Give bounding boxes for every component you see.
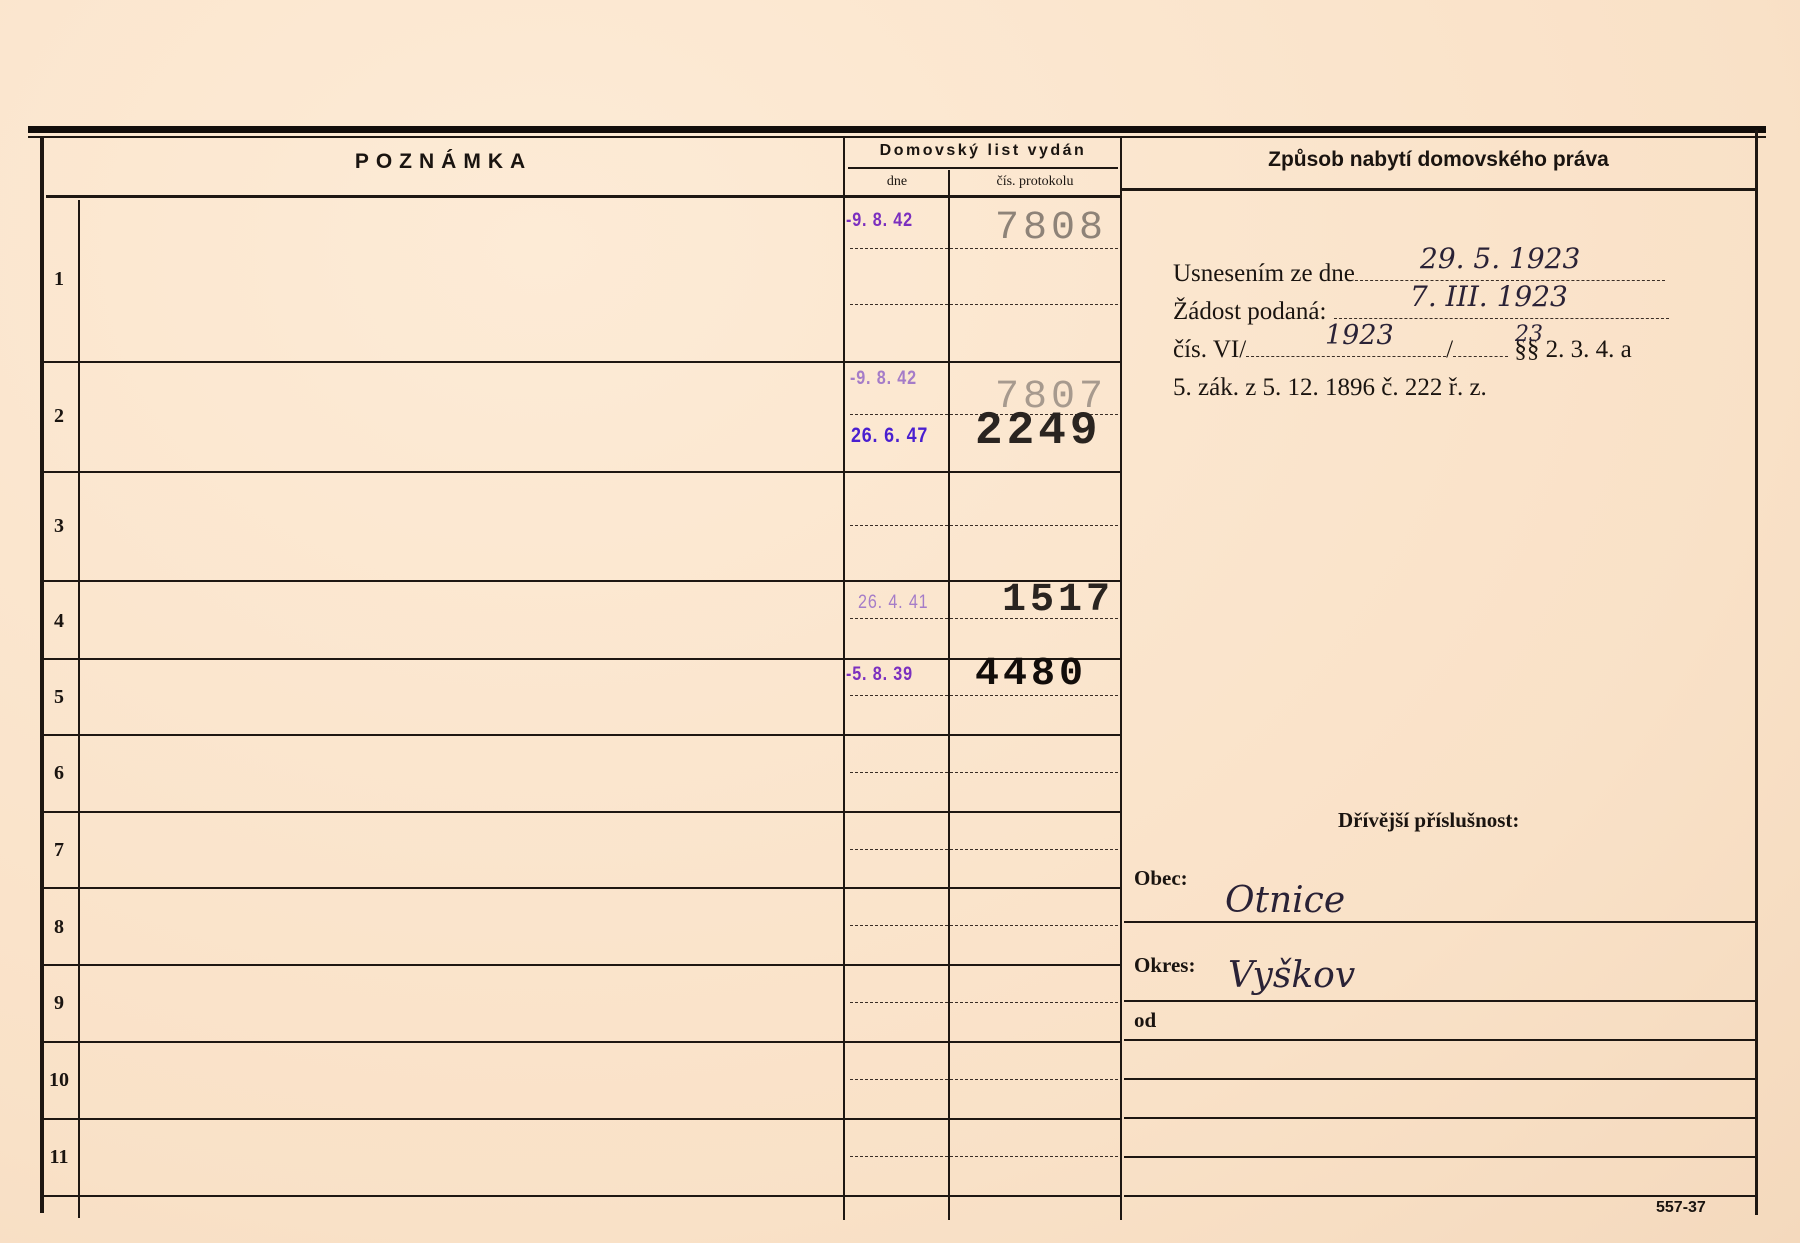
row-divider [44, 361, 1120, 363]
blank-rule [1124, 1195, 1755, 1197]
header-bottom-rule [46, 195, 1120, 198]
row-number: 11 [44, 1146, 74, 1169]
poznamka-divider [843, 138, 845, 1220]
protocol-divider [1120, 138, 1122, 1220]
issue-date-stamp: 26. 6. 47 [851, 424, 928, 448]
dashed-rule [850, 925, 1118, 926]
row-divider [44, 964, 1120, 966]
top-rule [28, 126, 1766, 133]
okres-field[interactable]: Vyškov [1228, 955, 1355, 996]
dashed-rule [850, 1156, 1118, 1157]
row-number: 5 [44, 686, 74, 709]
usnesenim-label: Usnesením ze dne [1173, 260, 1355, 287]
protocol-number-stamp: 7808 [995, 206, 1107, 251]
cis-label: čís. VI/ [1173, 336, 1246, 363]
protocol-header: čís. protokolu [950, 174, 1120, 190]
number-column-divider [78, 200, 80, 1218]
row-number: 9 [44, 992, 74, 1015]
row-number: 2 [44, 405, 74, 428]
issue-date-stamp: -9. 8. 42 [850, 368, 917, 390]
cis-number-field[interactable]: 1923 [1325, 320, 1394, 351]
dne-header: dne [846, 174, 948, 190]
protocol-number-stamp: 2249 [975, 405, 1101, 457]
protocol-number-stamp: 1517 [1002, 578, 1114, 623]
cis-suffix-field[interactable]: 23 [1515, 322, 1543, 347]
obec-rule [1124, 921, 1755, 923]
row-divider [44, 471, 1120, 473]
row-number: 3 [44, 515, 74, 538]
row-divider [44, 580, 1120, 582]
zadost-label: Žádost podaná: [1173, 298, 1326, 325]
previous-affiliation-title: Dřívější příslušnost: [1338, 808, 1519, 833]
row-divider [44, 1118, 1120, 1120]
row-divider [44, 658, 1120, 660]
right-border [1755, 130, 1758, 1215]
subheader-rule [848, 167, 1118, 169]
row-number: 8 [44, 916, 74, 939]
form-number: 557-37 [1656, 1199, 1706, 1217]
poznamka-header: POZNÁMKA [44, 150, 843, 174]
left-border [40, 138, 44, 1213]
row-divider [44, 734, 1120, 736]
row-divider [44, 811, 1120, 813]
dashed-rule [850, 525, 1118, 526]
row-number: 1 [44, 268, 74, 291]
okres-label: Okres: [1134, 953, 1195, 978]
row-number: 4 [44, 610, 74, 633]
obec-field[interactable]: Otnice [1225, 880, 1345, 921]
issue-date-stamp: -5. 8. 39 [846, 664, 913, 686]
okres-rule [1124, 1000, 1755, 1002]
zpusob-header-rule [1122, 188, 1755, 191]
dashed-rule [850, 1002, 1118, 1003]
usnesenim-date-field[interactable]: 29. 5. 1923 [1420, 242, 1580, 275]
dashed-rule [850, 1079, 1118, 1080]
od-label: od [1134, 1008, 1156, 1033]
dashed-rule [850, 304, 1118, 305]
od-field[interactable] [1200, 1006, 1500, 1034]
row-number: 10 [44, 1069, 74, 1092]
protocol-number-stamp: 4480 [975, 652, 1087, 697]
blank-rule [1124, 1156, 1755, 1158]
row-divider [44, 1041, 1120, 1043]
dashed-rule [850, 849, 1118, 850]
domovsky-list-header: Domovský list vydán [846, 142, 1120, 160]
obec-label: Obec: [1134, 866, 1188, 891]
issue-date-stamp: 26. 4. 41 [858, 592, 929, 614]
blank-rule [1124, 1078, 1755, 1080]
zpusob-header: Způsob nabytí domovského práva [1122, 148, 1755, 172]
blank-rule [1124, 1117, 1755, 1119]
top-rule-thin [28, 136, 1766, 138]
cis-line: čís. VI// §§ 2. 3. 4. a [1173, 336, 1632, 364]
od-rule [1124, 1039, 1755, 1041]
issue-date-stamp: -9. 8. 42 [846, 210, 913, 232]
dashed-rule [850, 772, 1118, 773]
row-divider [44, 1195, 1120, 1197]
law-text: 5. zák. z 5. 12. 1896 č. 222 ř. z. [1173, 374, 1487, 402]
zadost-date-field[interactable]: 7. III. 1923 [1410, 280, 1568, 313]
row-number: 6 [44, 762, 74, 785]
row-number: 7 [44, 839, 74, 862]
row-divider [44, 887, 1120, 889]
